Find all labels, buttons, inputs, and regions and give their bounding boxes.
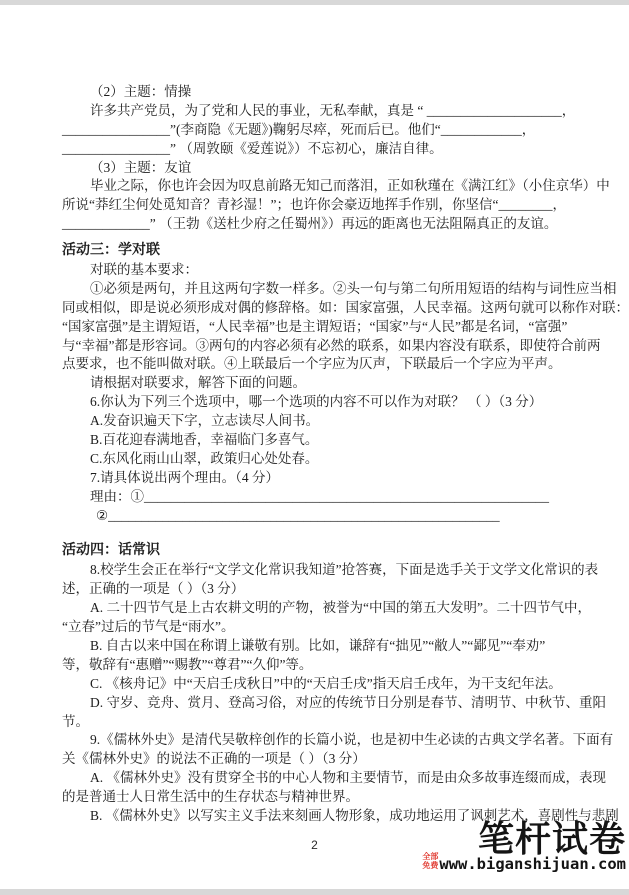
watermark: 笔杆试卷 全部免费 www.biganshijuan.com — [421, 820, 626, 873]
document-line: 点要求，也不能叫做对联。④上联最后一个字应为仄声，下联最后一个字应为平声。 — [62, 355, 574, 374]
document-line: D. 守岁、竞舟、赏月、登高习俗，对应的传统节日分别是春节、清明节、中秋节、重阳 — [62, 694, 574, 713]
watermark-url-row: 全部免费 www.biganshijuan.com — [421, 852, 626, 873]
document-line: 关《儒林外史》的说法不正确的一项是（ ）（3 分） — [62, 750, 574, 769]
document-line: B. 自古以来中国在称谓上谦敬有别。比如，谦辞有“拙见”“敝人”“鄙见”“奉劝” — [62, 637, 574, 656]
document-line: A. 二十四节气是上古农耕文明的产物，被誉为“中国的第五大发明”。二十四节气中， — [62, 599, 574, 618]
document-line: C. 《核舟记》中“天启壬戌秋日”中的“天启壬戌”指天启壬戌年，为干支纪年法。 — [62, 675, 574, 694]
bottom-border-bar — [0, 889, 629, 895]
document-line: 对联的基本要求： — [62, 261, 574, 280]
document-line: ①必须是两句，并且这两句字数一样多。②头一句与第二句所用短语的结构与词性应当相 — [62, 280, 574, 299]
document-line: 的是普通士人日常生活中的生存状态与精神世界。 — [62, 788, 574, 807]
document-line: （2）主题：情操 — [62, 83, 574, 102]
section-heading: 活动三：学对联 — [62, 242, 574, 261]
document-line: C.东风化雨山山翠，政策归心处处春。 — [62, 450, 574, 469]
watermark-free-label: 全部免费 — [421, 852, 439, 870]
document-line: 毕业之际，你也许会因为叹息前路无知己而落泪，正如秋瑾在《满江红》（小住京华）中 — [62, 177, 574, 196]
document-line: ________________” （周敦颐《爱莲说》）不忘初心，廉洁自律。 — [62, 140, 574, 159]
document-line: 等，敬辞有“惠赠”“赐教”“尊君”“久仰”等。 — [62, 656, 574, 675]
document-line: 同或相似，即是说必须形成对偶的修辞格。如：国家富强，人民幸福。这两句就可以称作对… — [62, 299, 574, 318]
document-line: A. 《儒林外史》没有贯穿全书的中心人物和主要情节，而是由众多故事连缀而成，表现 — [62, 769, 574, 788]
document-body: （2）主题：情操许多共产党员，为了党和人民的事业，无私奉献，真是 “ _____… — [62, 83, 574, 826]
document-line: 6.你认为下列三个选项中，哪一个选项的内容不可以作为对联？ （ ）（3 分） — [62, 393, 574, 412]
document-line: _____________” （王勃《送杜少府之任蜀州》）再远的距离也无法阻隔真… — [62, 215, 574, 234]
document-line: A.发奋识遍天下字，立志读尽人间书。 — [62, 412, 574, 431]
document-line: “国家富强”是主谓短语，“人民幸福”也是主谓短语；“国家”与“人民”都是名词，“… — [62, 318, 574, 337]
document-line: 与“幸福”都是形容词。③两句的内容必须有必然的联系，如果内容没有联系，即使符合前… — [62, 337, 574, 356]
document-line: 节。 — [62, 713, 574, 732]
document-line: “立春”过后的节气是“雨水”。 — [62, 618, 574, 637]
document-line: 理由：①____________________________________… — [62, 488, 574, 507]
document-line: 7.请具体说出两个理由。（4 分） — [62, 469, 574, 488]
document-line: 8.校学生会正在举行“文学文化常识我知道”抢答赛，下面是选手关于文学文化常识的表 — [62, 561, 574, 580]
document-line: （3）主题：友谊 — [62, 159, 574, 178]
document-line: 9.《儒林外史》是清代吴敬梓创作的长篇小说，也是初中生必读的古典文学名著。下面有 — [62, 731, 574, 750]
section-heading: 活动四：话常识 — [62, 542, 574, 561]
document-sheet: （2）主题：情操许多共产党员，为了党和人民的事业，无私奉献，真是 “ _____… — [0, 5, 629, 889]
document-line: ②_______________________________________… — [62, 507, 574, 526]
document-line: 所说“莽红尘何处觅知音？青衫湿！”；也许你会豪迈地挥手作别，你坚信“______… — [62, 196, 574, 215]
document-line: 述，正确的一项是（ ）（3 分） — [62, 580, 574, 599]
watermark-url[interactable]: www.biganshijuan.com — [439, 855, 626, 873]
document-line: 许多共产党员，为了党和人民的事业，无私奉献，真是 “ _____________… — [62, 102, 574, 121]
document-line: ________________”(李商隐《无题》)鞠躬尽瘁，死而后已。他们“_… — [62, 121, 574, 140]
document-line: 请根据对联要求，解答下面的问题。 — [62, 374, 574, 393]
document-line: B.百花迎春满地香，幸福临门多喜气。 — [62, 431, 574, 450]
